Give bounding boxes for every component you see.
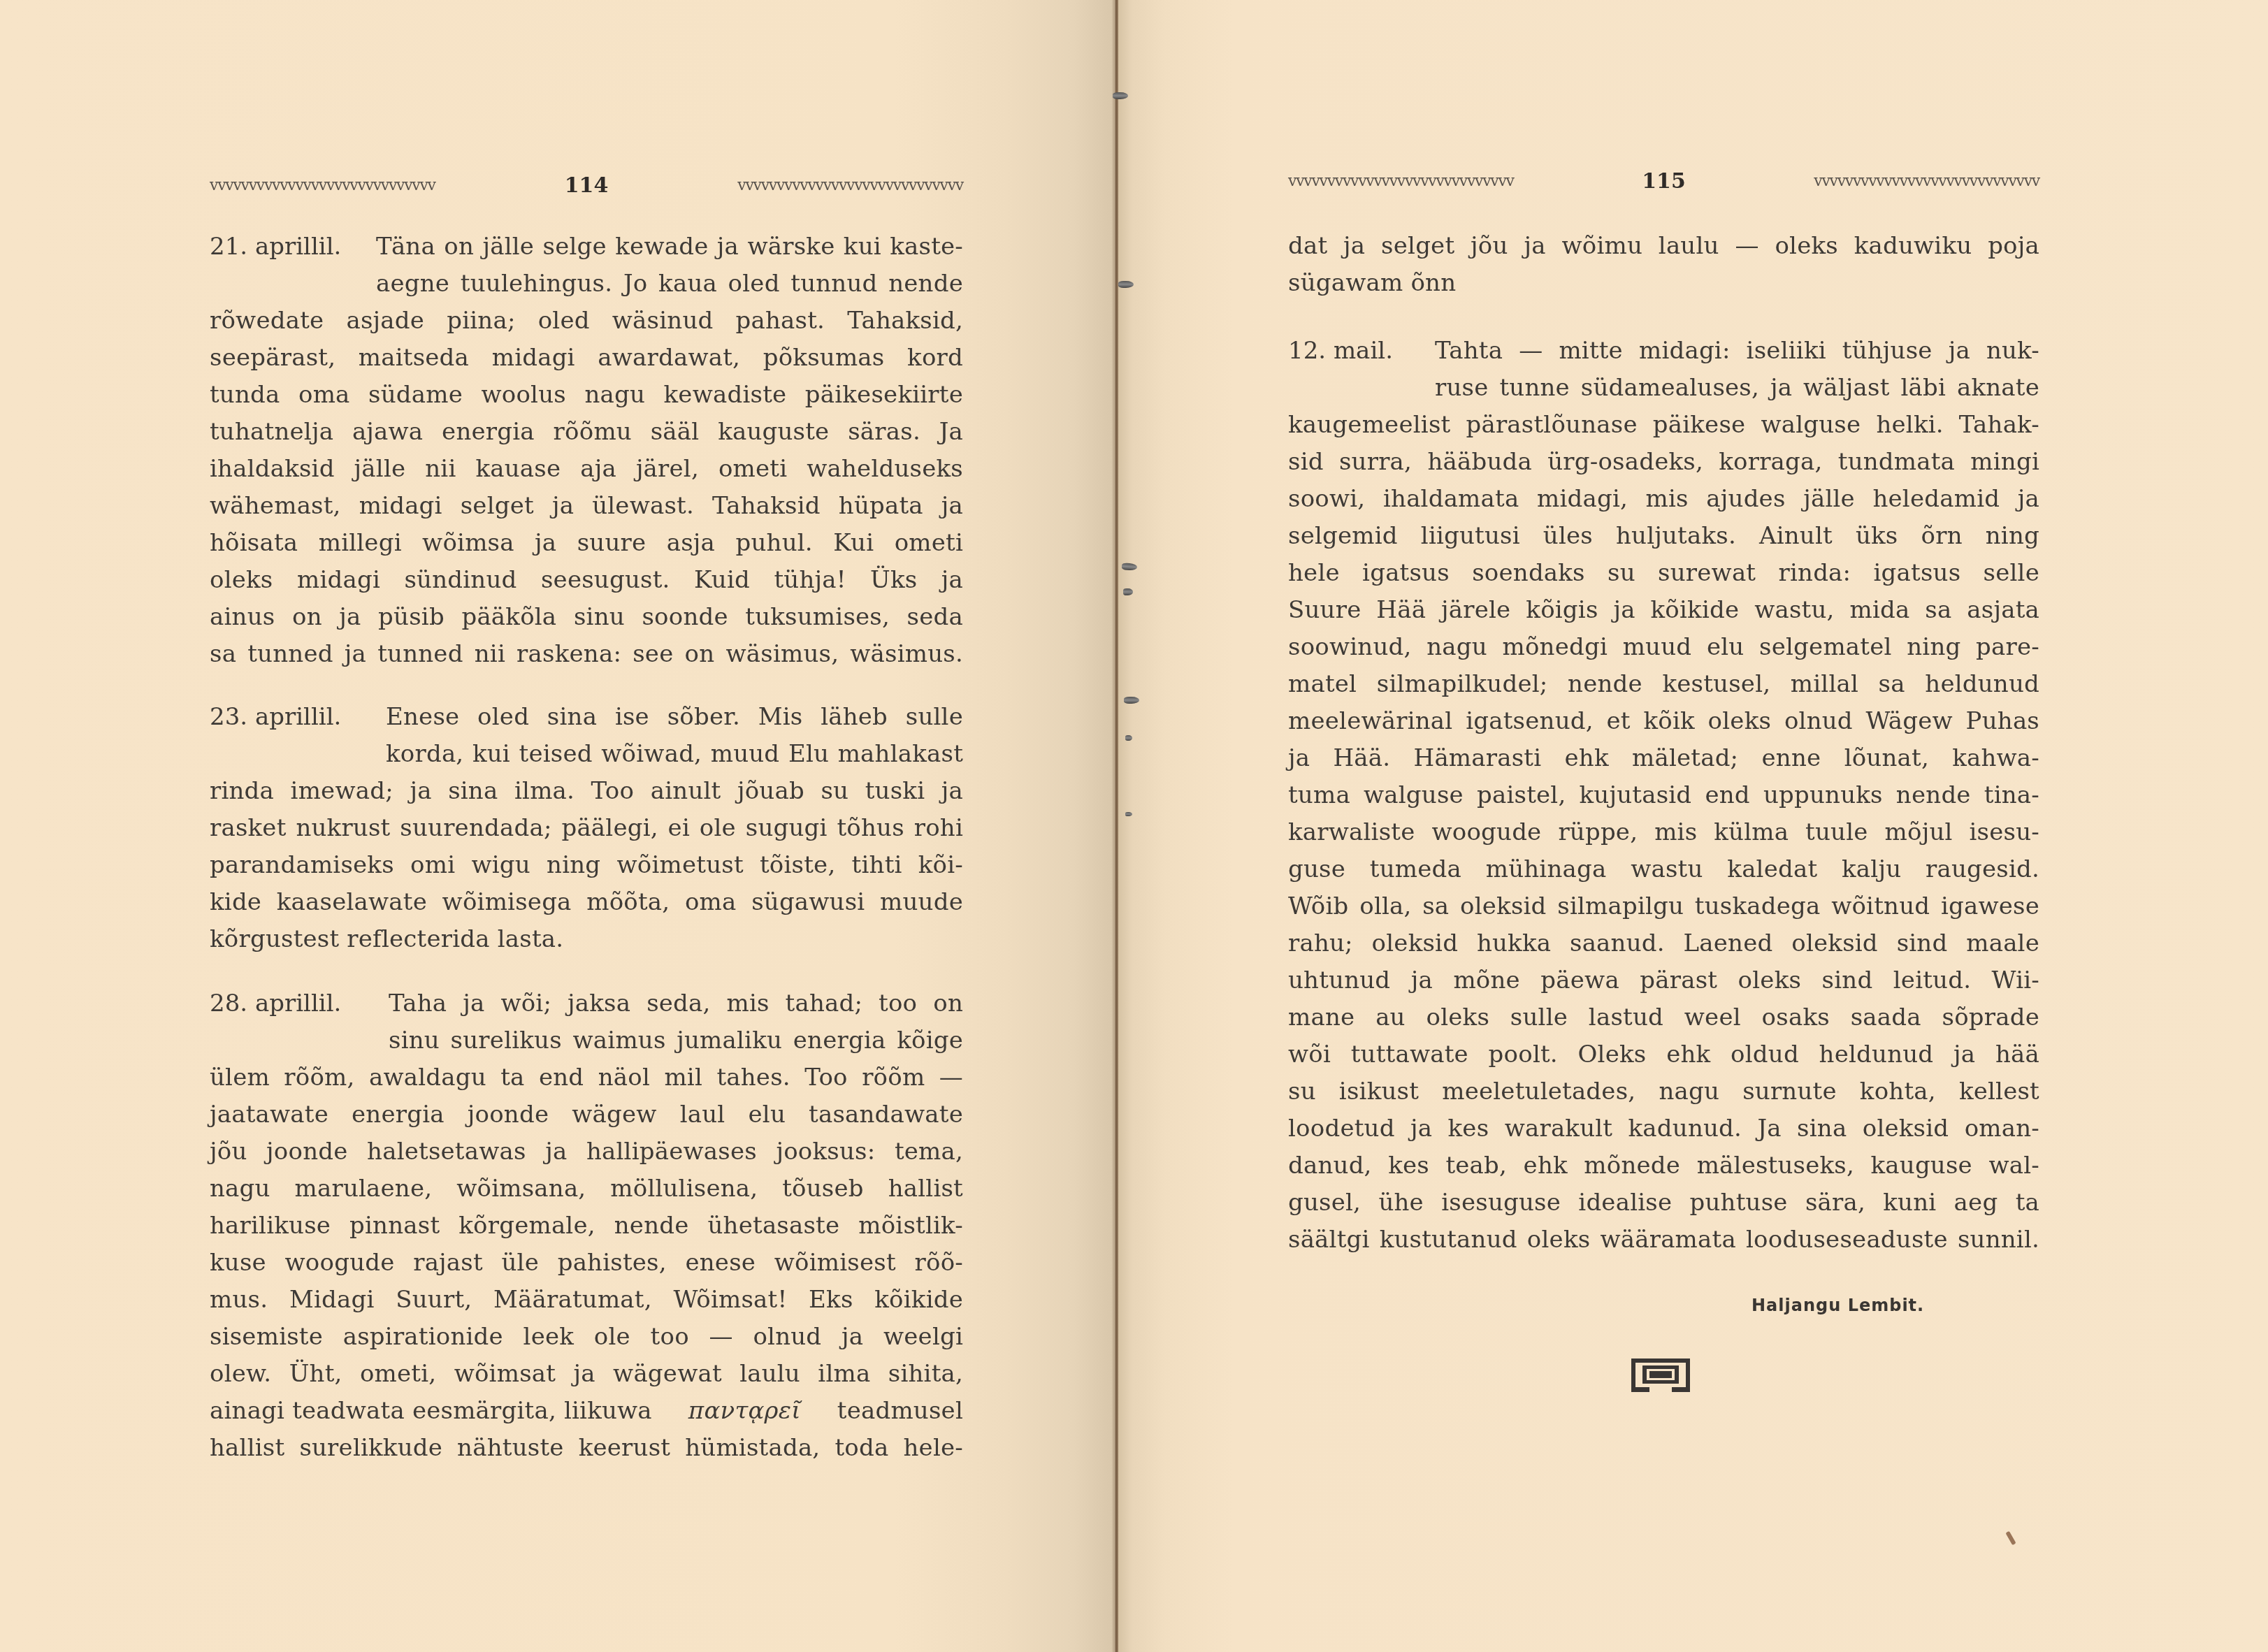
text-line: rahu; oleksid hukka saanud. Laened oleks… — [1288, 925, 2039, 962]
header-ornament: vvvvvvvvvvvvvvvvvvvvvvvvvvvvv — [1814, 168, 2039, 196]
text-line: mane au oleks sulle lastud weel osaks sa… — [1288, 999, 2039, 1036]
text-line: ülem rõõm, awaldagu ta end näol mil tahe… — [210, 1059, 963, 1096]
book-gutter — [1115, 0, 1118, 1652]
page-number: 114 — [555, 172, 619, 200]
text-line: uhtunud ja mõne päewa pärast oleks sind … — [1288, 962, 2039, 999]
text-line: ihaldaksid jälle nii kauase aja järel, o… — [210, 451, 963, 487]
text-line: soowi, ihaldamata midagi, mis ajudes jäl… — [1288, 481, 2039, 517]
text-line: matel silmapilkudel; nende kestusel, mil… — [1288, 666, 2039, 702]
text-line: ruse tunne südamealuses, ja wäljast läbi… — [1435, 370, 2039, 406]
text-line: sid surra, hääbuda ürg-osadeks, korraga,… — [1288, 444, 2039, 480]
text-line: su isikust meeletuletades, nagu surnute … — [1288, 1073, 2039, 1110]
header-ornament: vvvvvvvvvvvvvvvvvvvvvvvvvvvvv — [737, 172, 963, 200]
entry-date: 23. aprillil. — [210, 699, 341, 735]
text-line: danud, kes teab, ehk mõnede mälestuseks,… — [1288, 1147, 2039, 1184]
text-line: rasket nukrust suurendada; päälegi, ei o… — [210, 810, 963, 846]
text-line-with-greek: ainagi teadwata eesmärgita, liikuwa παντ… — [210, 1393, 963, 1429]
text-line: hallist surelikkude nähtuste keerust hüm… — [210, 1430, 963, 1466]
text-line: Wõib olla, sa oleksid silmapilgu tuskade… — [1288, 888, 2039, 925]
text-line: jaatawate energia joonde wägew laul elu … — [210, 1096, 963, 1133]
running-head-right: vvvvvvvvvvvvvvvvvvvvvvvvvvvvv 115 vvvvvv… — [1288, 168, 2039, 196]
text-fragment: ainagi teadwata eesmärgita, liikuwa — [210, 1393, 652, 1429]
text-line: wähemast, midagi selget ja ülewast. Taha… — [210, 488, 963, 524]
end-ornament-icon — [1631, 1358, 1691, 1393]
staple-icon — [1113, 92, 1128, 99]
text-line: sügawam õnn — [1288, 265, 2039, 301]
staple-icon — [1125, 812, 1132, 816]
text-line: guse tumeda mühinaga wastu kaledat kalju… — [1288, 851, 2039, 887]
text-line: selgemid liigutusi üles huljutaks. Ainul… — [1288, 518, 2039, 554]
text-line: soowinud, nagu mõnedgi muud elu selgemat… — [1288, 629, 2039, 665]
text-line: Suure Hää järele kõigis ja kõikide wastu… — [1288, 592, 2039, 628]
text-line: Taha ja wõi; jaksa seda, mis tahad; too … — [389, 985, 963, 1022]
text-line: tunda oma südame woolus nagu kewadiste p… — [210, 377, 963, 413]
staple-icon — [1125, 735, 1132, 741]
running-head-left: vvvvvvvvvvvvvvvvvvvvvvvvvvvvv 114 vvvvvv… — [210, 172, 963, 200]
text-line: ainus on ja püsib pääkõla sinu soonde tu… — [210, 599, 963, 635]
text-line: aegne tuulehingus. Jo kaua oled tunnud n… — [376, 266, 963, 302]
text-line: tuma walguse paistel, kujutasid end uppu… — [1288, 777, 2039, 813]
text-line: sisemiste aspirationide leek ole too — o… — [210, 1319, 963, 1355]
greek-word: παντᾳρεῖ — [688, 1393, 801, 1429]
text-line: rõwedate asjade piina; oled wäsinud paha… — [210, 303, 963, 339]
staple-icon — [1124, 697, 1139, 704]
text-line: nagu marulaene, wõimsana, möllulisena, t… — [210, 1171, 963, 1207]
text-line: hele igatsus soendaks su surewat rinda: … — [1288, 555, 2039, 591]
text-line: mus. Midagi Suurt, Määratumat, Wõimsat! … — [210, 1282, 963, 1318]
text-line: hõisata millegi wõimsa ja suure asja puh… — [210, 525, 963, 561]
staple-icon — [1118, 281, 1134, 288]
header-ornament: vvvvvvvvvvvvvvvvvvvvvvvvvvvvv — [210, 172, 435, 200]
text-line: kõrgustest reflecterida lasta. — [210, 921, 963, 957]
text-fragment: teadmusel — [837, 1393, 963, 1429]
entry-date: 12. mail. — [1288, 333, 1393, 369]
text-line: harilikuse pinnast kõrgemale, nende ühet… — [210, 1208, 963, 1244]
text-line: kide kaaselawate wõimisega mõõta, oma sü… — [210, 884, 963, 920]
text-line: karwaliste woogude rüppe, mis külma tuul… — [1288, 814, 2039, 850]
text-line: dat ja selget jõu ja wõimu laulu — oleks… — [1288, 228, 2039, 264]
text-line: sa tunned ja tunned nii raskena: see on … — [210, 636, 963, 672]
text-line: Tahta — mitte midagi: iseliiki tühjuse j… — [1435, 333, 2039, 369]
text-line: ja Hää. Hämarasti ehk mäletad; enne lõun… — [1288, 740, 2039, 776]
text-line: gusel, ühe isesuguse idealise puhtuse sä… — [1288, 1184, 2039, 1221]
text-line: jõu joonde haletsetawas ja hallipäewases… — [210, 1133, 963, 1170]
text-line: wõi tuttawate poolt. Oleks ehk oldud hel… — [1288, 1036, 2039, 1073]
text-line: olew. Üht, ometi, wõimsat ja wägewat lau… — [210, 1356, 963, 1392]
author-signature: Haljangu Lembit. — [1751, 1296, 1924, 1315]
text-line: rinda imewad; ja sina ilma. Too ainult j… — [210, 773, 963, 809]
entry-date: 28. aprillil. — [210, 985, 341, 1022]
header-ornament: vvvvvvvvvvvvvvvvvvvvvvvvvvvvv — [1288, 168, 1514, 196]
text-line: korda, kui teised wõiwad, muud Elu mahla… — [386, 736, 963, 772]
text-line: kuse woogude rajast üle pahistes, enese … — [210, 1245, 963, 1281]
text-line: oleks midagi sündinud seesugust. Kuid tü… — [210, 562, 963, 598]
text-line: seepärast, maitseda midagi awardawat, põ… — [210, 340, 963, 376]
text-line: kaugemeelist pärastlõunase päikese walgu… — [1288, 407, 2039, 443]
text-line: parandamiseks omi wigu ning wõimetust tõ… — [210, 847, 963, 883]
page-number: 115 — [1632, 168, 1696, 196]
text-line: Täna on jälle selge kewade ja wärske kui… — [376, 229, 963, 265]
text-line: Enese oled sina ise sõber. Mis läheb sul… — [386, 699, 963, 735]
text-line: tuhatnelja ajawa energia rõõmu sääl kaug… — [210, 414, 963, 450]
entry-date: 21. aprillil. — [210, 229, 341, 265]
staple-icon — [1123, 588, 1133, 595]
text-line: loodetud ja kes warakult kadunud. Ja sin… — [1288, 1110, 2039, 1147]
text-line: meelewärinal igatsenud, et kõik oleks ol… — [1288, 703, 2039, 739]
text-line: säältgi kustutanud oleks wääramata loodu… — [1288, 1222, 2039, 1258]
text-line: sinu surelikus waimus jumaliku energia k… — [389, 1022, 963, 1059]
